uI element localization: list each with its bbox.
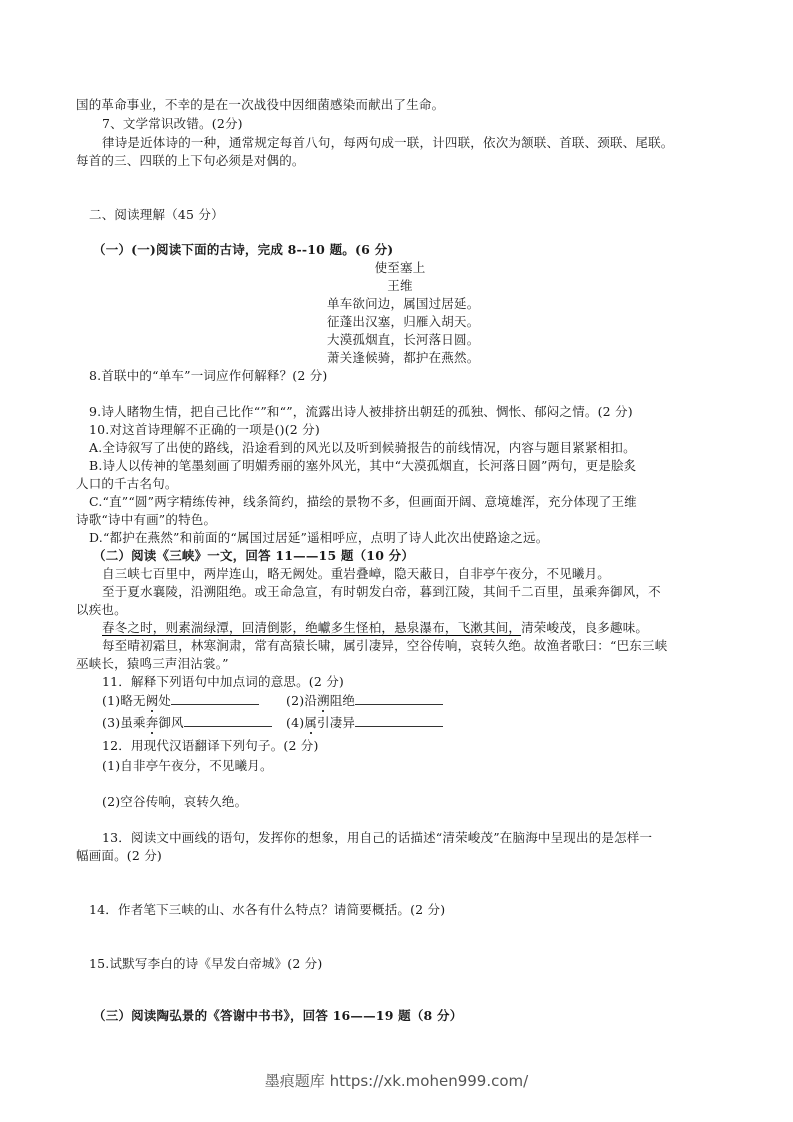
option-a: A.全诗叙写了出使的路线，沿途看到的风光以及听到候骑报告的前线情况，内容与题目紧… bbox=[89, 439, 636, 457]
answer-blank[interactable] bbox=[171, 692, 259, 705]
dotted-char: 阙 bbox=[146, 693, 159, 708]
q12-sentence-1: (1)自非亭午夜分，不见曦月。 bbox=[102, 757, 273, 775]
question-13-line1: 13．阅读文中画线的语句，发挥你的想象，用自己的话描述“清荣峻茂”在脑海中呈现出… bbox=[102, 829, 652, 847]
continuation-line: 国的革命事业，不幸的是在一次战役中因细菌感染而献出了生命。 bbox=[76, 96, 444, 114]
poem-line-1: 单车欲问边，属国过居延。 bbox=[327, 295, 479, 313]
q7-title: 7、文学常识改错。(2分) bbox=[102, 115, 243, 133]
q11-item-2: (2)沿溯阻绝 bbox=[286, 692, 443, 710]
exam-page: 国的革命事业，不幸的是在一次战役中因细菌感染而献出了生命。 7、文学常识改错。(… bbox=[0, 0, 793, 1122]
passage-p2-line2: 以疾也。 bbox=[76, 601, 127, 619]
poem-title: 使至塞上 bbox=[300, 259, 500, 277]
option-d: D.“都护在燕然”和前面的“属国过居延”遥相呼应，点明了诗人此次出使路途之远。 bbox=[89, 529, 548, 547]
option-c-line2: 诗歌“诗中有画”的特色。 bbox=[76, 511, 216, 529]
option-b-line1: B.诗人以传神的笔墨刻画了明媚秀丽的塞外风光，其中“大漠孤烟直，长河落日圆”两句… bbox=[89, 457, 636, 475]
poem-author: 王维 bbox=[300, 277, 500, 295]
q12-sentence-2: (2)空谷传响，哀转久绝。 bbox=[102, 793, 247, 811]
answer-blank[interactable] bbox=[184, 714, 272, 727]
poem-line-3: 大漠孤烟直，长河落日圆。 bbox=[327, 331, 479, 349]
question-13-line2: 幅画面。(2 分) bbox=[76, 847, 162, 865]
part1-heading: （一）(一)阅读下面的古诗，完成 8--10 题。(6 分) bbox=[93, 241, 393, 259]
answer-blank[interactable] bbox=[355, 692, 443, 705]
option-b-line2: 人口的千古名句。 bbox=[76, 475, 178, 493]
q7-text-line1: 律诗是近体诗的一种，通常规定每首八句，每两句成一联，计四联，依次为颔联、首联、颈… bbox=[102, 134, 674, 152]
question-8: 8.首联中的“单车”一词应作何解释？(2 分) bbox=[89, 367, 328, 385]
question-12-stem: 12．用现代汉语翻译下列句子。(2 分) bbox=[102, 737, 319, 755]
question-9: 9.诗人睹物生情，把自己比作“”和“”，流露出诗人被排挤出朝廷的孤独、惆怅、郁闷… bbox=[89, 403, 633, 421]
part3-heading: （三）阅读陶弘景的《答谢中书书》，回答 16——19 题（8 分） bbox=[93, 1007, 462, 1025]
answer-blank[interactable] bbox=[355, 714, 443, 727]
q11-item-4: (4)属引凄异 bbox=[286, 714, 443, 732]
passage-p3-rest: 清荣峻茂，良多趣味。 bbox=[521, 620, 648, 635]
q7-text-line2: 每首的三、四联的上下句必须是对偶的。 bbox=[76, 152, 305, 170]
watermark-footer: 墨痕题库 https://xk.mohen999.com/ bbox=[0, 1070, 793, 1091]
dotted-char: 溯 bbox=[317, 693, 330, 708]
passage-p3: 春冬之时，则素湍绿潭，回清倒影，绝巘多生怪柏，悬泉瀑布，飞漱其间，清荣峻茂，良多… bbox=[102, 619, 648, 637]
dotted-char: 奔 bbox=[146, 715, 159, 730]
section2-heading: 二、阅读理解（45 分） bbox=[89, 206, 224, 224]
question-14: 14．作者笔下三峡的山、水各有什么特点？请简要概括。(2 分) bbox=[89, 901, 445, 919]
dotted-char: 属 bbox=[304, 715, 317, 730]
passage-p4-line2: 巫峡长，猿鸣三声泪沾裳。” bbox=[76, 655, 229, 673]
underlined-sentence: 春冬之时，则素湍绿潭，回清倒影，绝巘多生怪柏，悬泉瀑布，飞漱其间， bbox=[102, 620, 521, 636]
question-11-stem: 11．解释下列语句中加点词的意思。(2 分) bbox=[102, 673, 344, 691]
passage-p2-line1: 至于夏水襄陵，沿溯阻绝。或王命急宣，有时朝发白帝，暮到江陵，其间千二百里，虽乘奔… bbox=[102, 583, 661, 601]
passage-p4-line1: 每至晴初霜旦，林寒涧肃，常有高猿长啸，属引凄异，空谷传响，哀转久绝。故渔者歌曰：… bbox=[102, 637, 667, 655]
q11-item-1: (1)略无阙处 bbox=[102, 692, 259, 710]
option-c-line1: C.“直”“圆”两字精练传神，线条简约，描绘的景物不多，但画面开阔、意境雄浑，充… bbox=[89, 493, 637, 511]
passage-p1: 自三峡七百里中，两岸连山，略无阙处。重岩叠嶂，隐天蔽日，自非亭午夜分，不见曦月。 bbox=[102, 565, 610, 583]
question-10-stem: 10.对这首诗理解不正确的一项是()(2 分) bbox=[89, 421, 320, 439]
q11-item-3: (3)虽乘奔御风 bbox=[102, 714, 272, 732]
poem-line-2: 征蓬出汉塞，归雁入胡天。 bbox=[327, 313, 479, 331]
part2-heading: （二）阅读《三峡》一文，回答 11——15 题（10 分） bbox=[93, 547, 414, 565]
poem-line-4: 萧关逢候骑，都护在燕然。 bbox=[327, 349, 479, 367]
question-15: 15.试默写李白的诗《早发白帝城》(2 分) bbox=[89, 955, 322, 973]
